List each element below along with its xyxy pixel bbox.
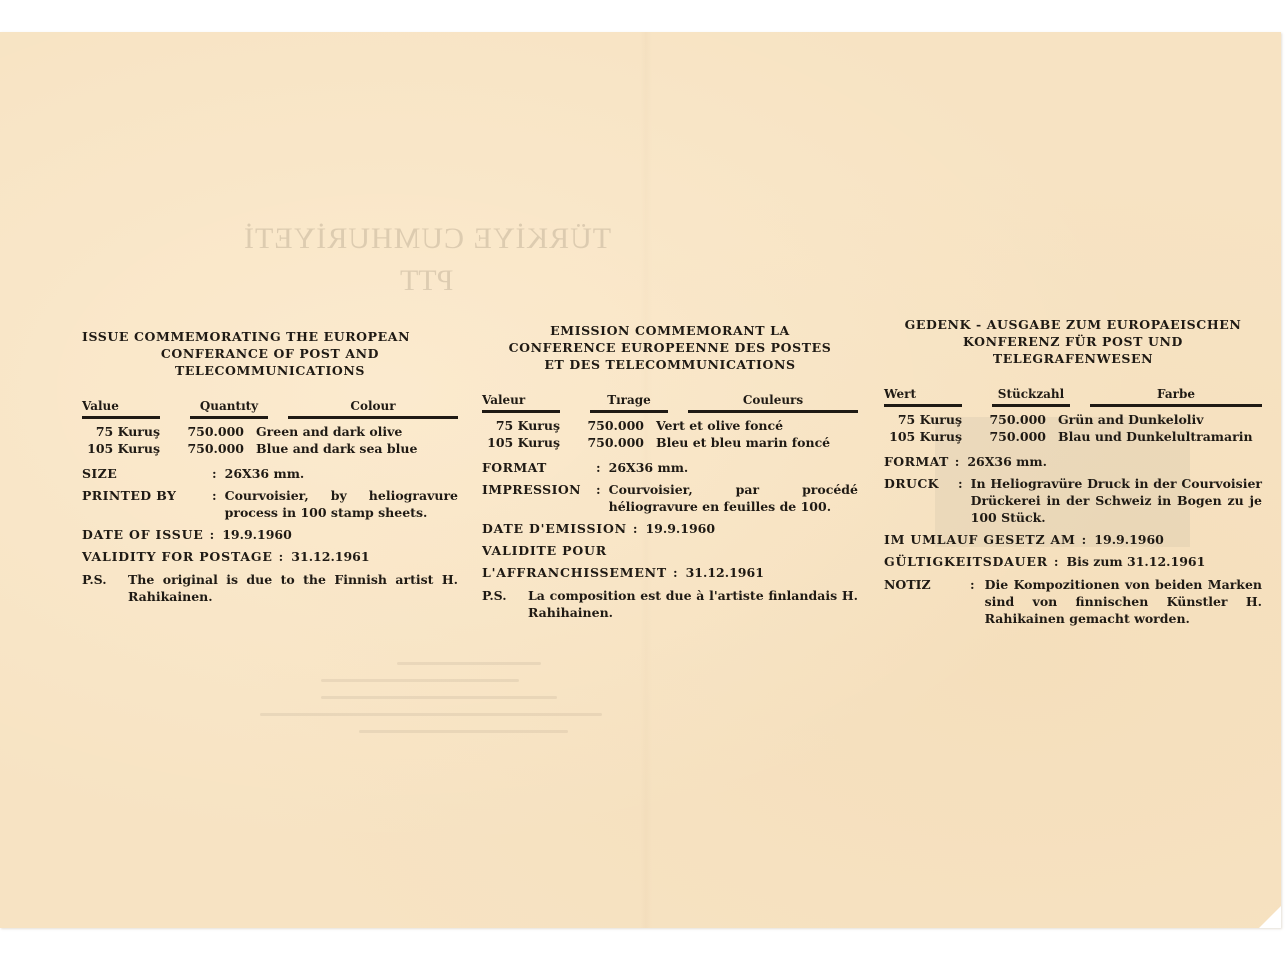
field-value: 31.12.1961 bbox=[291, 548, 458, 565]
colon: : bbox=[949, 453, 968, 470]
heading-line: CONFERANCE OF POST AND bbox=[82, 345, 458, 362]
cell-colour: Grün and Dunkeloliv bbox=[1058, 411, 1262, 428]
table-row: 105 Kuruş 750.000 Blue and dark sea blue bbox=[82, 440, 458, 457]
colon: : bbox=[952, 475, 971, 526]
table-row: 75 Kuruş 750.000 Vert et olive foncé bbox=[482, 417, 858, 434]
cell-value: 105 Kuruş bbox=[884, 428, 976, 445]
field-gueltigkeitsdauer: GÜLTIGKEITSDAUER : Bis zum 31.12.1961 bbox=[884, 553, 1262, 570]
field-druck: DRUCK : In Heliogravüre Druck in der Cou… bbox=[884, 475, 1262, 526]
header-value: Value bbox=[82, 398, 160, 419]
ps-label: P.S. bbox=[82, 571, 128, 605]
field-label: FORMAT bbox=[482, 459, 590, 476]
field-label: FORMAT bbox=[884, 453, 949, 470]
field-value: Courvoisier, by heliogravure process in … bbox=[225, 487, 458, 521]
cell-quantity: 750.000 bbox=[976, 428, 1058, 445]
cell-colour: Bleu et bleu marin foncé bbox=[656, 434, 858, 451]
field-label: DATE OF ISSUE bbox=[82, 526, 204, 543]
field-format: FORMAT : 26X36 mm. bbox=[482, 459, 858, 476]
field-value: 19.9.1960 bbox=[222, 526, 458, 543]
ps-label: P.S. bbox=[482, 587, 528, 621]
heading-line: TELEGRAFENWESEN bbox=[884, 350, 1262, 367]
field-date-emission: DATE D'EMISSION : 19.9.1960 bbox=[482, 520, 858, 537]
column-heading: ISSUE COMMEMORATING THE EUROPEAN CONFERA… bbox=[82, 328, 458, 379]
field-validity: VALIDITY FOR POSTAGE : 31.12.1961 bbox=[82, 548, 458, 565]
colon: : bbox=[206, 465, 225, 482]
header-wert: Wert bbox=[884, 386, 962, 407]
colon: : bbox=[590, 459, 609, 476]
field-label: VALIDITY FOR POSTAGE bbox=[82, 548, 273, 565]
field-label: GÜLTIGKEITSDAUER bbox=[884, 553, 1048, 570]
table-body: 75 Kuruş 750.000 Vert et olive foncé 105… bbox=[482, 417, 858, 451]
colon: : bbox=[1048, 553, 1067, 570]
column-english: ISSUE COMMEMORATING THE EUROPEAN CONFERA… bbox=[82, 328, 458, 605]
cell-value: 105 Kuruş bbox=[482, 434, 574, 451]
ps-text: La composition est due à l'artiste finla… bbox=[528, 587, 858, 621]
header-couleurs: Couleurs bbox=[688, 392, 858, 413]
field-im-umlauf: IM UMLAUF GESETZ AM : 19.9.1960 bbox=[884, 531, 1262, 548]
field-value: 31.12.1961 bbox=[686, 564, 858, 581]
ps-label: NOTIZ bbox=[884, 576, 970, 627]
cell-quantity: 750.000 bbox=[574, 417, 656, 434]
heading-line: CONFERENCE EUROPEENNE DES POSTES bbox=[482, 339, 858, 356]
colon: : bbox=[590, 481, 609, 515]
cell-value: 75 Kuruş bbox=[884, 411, 976, 428]
table-header: Value Quantıty Colour bbox=[82, 397, 458, 419]
table-row: 75 Kuruş 750.000 Green and dark olive bbox=[82, 423, 458, 440]
column-heading: EMISSION COMMEMORANT LA CONFERENCE EUROP… bbox=[482, 322, 858, 373]
table-row: 105 Kuruş 750.000 Bleu et bleu marin fon… bbox=[482, 434, 858, 451]
postscript: P.S. La composition est due à l'artiste … bbox=[482, 587, 858, 621]
field-printed-by: PRINTED BY : Courvoisier, by heliogravur… bbox=[82, 487, 458, 521]
colon: : bbox=[204, 526, 223, 543]
field-validite-pour: VALIDITE POUR bbox=[482, 542, 858, 559]
table-header: Valeur Tırage Couleurs bbox=[482, 391, 858, 413]
corner-fold bbox=[1259, 906, 1281, 928]
field-format: FORMAT : 26X36 mm. bbox=[884, 453, 1262, 470]
field-impression: IMPRESSION : Courvoisier, par procédé hé… bbox=[482, 481, 858, 515]
header-farbe: Farbe bbox=[1090, 386, 1262, 407]
header-tirage: Tırage bbox=[590, 392, 668, 413]
table-body: 75 Kuruş 750.000 Green and dark olive 10… bbox=[82, 423, 458, 457]
field-affranchissement: L'AFFRANCHISSEMENT : 31.12.1961 bbox=[482, 564, 858, 581]
cell-value: 75 Kuruş bbox=[82, 423, 174, 440]
column-french: EMISSION COMMEMORANT LA CONFERENCE EUROP… bbox=[482, 322, 858, 621]
bleed-through-text-lines bbox=[245, 662, 625, 747]
field-value: Courvoisier, par procédé héliogravure en… bbox=[609, 481, 858, 515]
field-label: PRINTED BY bbox=[82, 487, 206, 521]
header-colour: Colour bbox=[288, 398, 458, 419]
field-label: DATE D'EMISSION bbox=[482, 520, 627, 537]
column-german: GEDENK - AUSGABE ZUM EUROPAEISCHEN KONFE… bbox=[884, 316, 1262, 627]
field-label: IMPRESSION bbox=[482, 481, 590, 515]
colon: : bbox=[273, 548, 292, 565]
header-quantity: Quantıty bbox=[190, 398, 268, 419]
heading-line: ISSUE COMMEMORATING THE EUROPEAN bbox=[82, 329, 410, 344]
cell-colour: Blau und Dunkelultramarin bbox=[1058, 428, 1262, 445]
cell-colour: Vert et olive foncé bbox=[656, 417, 858, 434]
cell-colour: Green and dark olive bbox=[256, 423, 458, 440]
table-row: 75 Kuruş 750.000 Grün and Dunkeloliv bbox=[884, 411, 1262, 428]
ps-text: The original is due to the Finnish artis… bbox=[128, 571, 458, 605]
cell-value: 105 Kuruş bbox=[82, 440, 174, 457]
colon: : bbox=[970, 576, 985, 627]
cell-quantity: 750.000 bbox=[976, 411, 1058, 428]
field-value: 26X36 mm. bbox=[225, 465, 458, 482]
header-valeur: Valeur bbox=[482, 392, 560, 413]
bleed-through-title: TÜRKİYE CUMHURİYETİ bbox=[243, 222, 611, 256]
notiz: NOTIZ : Die Kompozitionen von beiden Mar… bbox=[884, 576, 1262, 627]
colon: : bbox=[627, 520, 646, 537]
field-date-of-issue: DATE OF ISSUE : 19.9.1960 bbox=[82, 526, 458, 543]
cell-colour: Blue and dark sea blue bbox=[256, 440, 458, 457]
colon: : bbox=[667, 564, 686, 581]
heading-line: TELECOMMUNICATIONS bbox=[82, 362, 458, 379]
document-sheet: TÜRKİYE CUMHURİYETİ PTT ISSUE COMMEMORAT… bbox=[0, 32, 1281, 928]
heading-line: EMISSION COMMEMORANT LA bbox=[482, 322, 858, 339]
table-body: 75 Kuruş 750.000 Grün and Dunkeloliv 105… bbox=[884, 411, 1262, 445]
field-label: SIZE bbox=[82, 465, 206, 482]
field-value: 19.9.1960 bbox=[1094, 531, 1262, 548]
field-value: 19.9.1960 bbox=[645, 520, 858, 537]
table-header: Wert Stückzahl Farbe bbox=[884, 385, 1262, 407]
field-label: IM UMLAUF GESETZ AM bbox=[884, 531, 1076, 548]
heading-line: GEDENK - AUSGABE ZUM EUROPAEISCHEN bbox=[884, 316, 1262, 333]
field-label: DRUCK bbox=[884, 475, 952, 526]
cell-quantity: 750.000 bbox=[174, 423, 256, 440]
table-row: 105 Kuruş 750.000 Blau und Dunkelultrama… bbox=[884, 428, 1262, 445]
field-value: In Heliogravüre Druck in der Courvoisier… bbox=[971, 475, 1262, 526]
ps-text: Die Kompozitionen von beiden Marken sind… bbox=[985, 576, 1262, 627]
colon: : bbox=[206, 487, 225, 521]
cell-quantity: 750.000 bbox=[574, 434, 656, 451]
postscript: P.S. The original is due to the Finnish … bbox=[82, 571, 458, 605]
heading-line: ET DES TELECOMMUNICATIONS bbox=[482, 356, 858, 373]
bleed-through-subtitle: PTT bbox=[400, 264, 453, 298]
field-value: Bis zum 31.12.1961 bbox=[1067, 553, 1262, 570]
colon: : bbox=[1076, 531, 1095, 548]
column-heading: GEDENK - AUSGABE ZUM EUROPAEISCHEN KONFE… bbox=[884, 316, 1262, 367]
field-label: VALIDITE POUR bbox=[482, 542, 607, 559]
field-label: L'AFFRANCHISSEMENT bbox=[482, 564, 667, 581]
field-value: 26X36 mm. bbox=[967, 453, 1262, 470]
heading-line: KONFERENZ FÜR POST UND bbox=[884, 333, 1262, 350]
cell-quantity: 750.000 bbox=[174, 440, 256, 457]
field-size: SIZE : 26X36 mm. bbox=[82, 465, 458, 482]
field-value: 26X36 mm. bbox=[609, 459, 858, 476]
header-stueckzahl: Stückzahl bbox=[992, 386, 1070, 407]
cell-value: 75 Kuruş bbox=[482, 417, 574, 434]
